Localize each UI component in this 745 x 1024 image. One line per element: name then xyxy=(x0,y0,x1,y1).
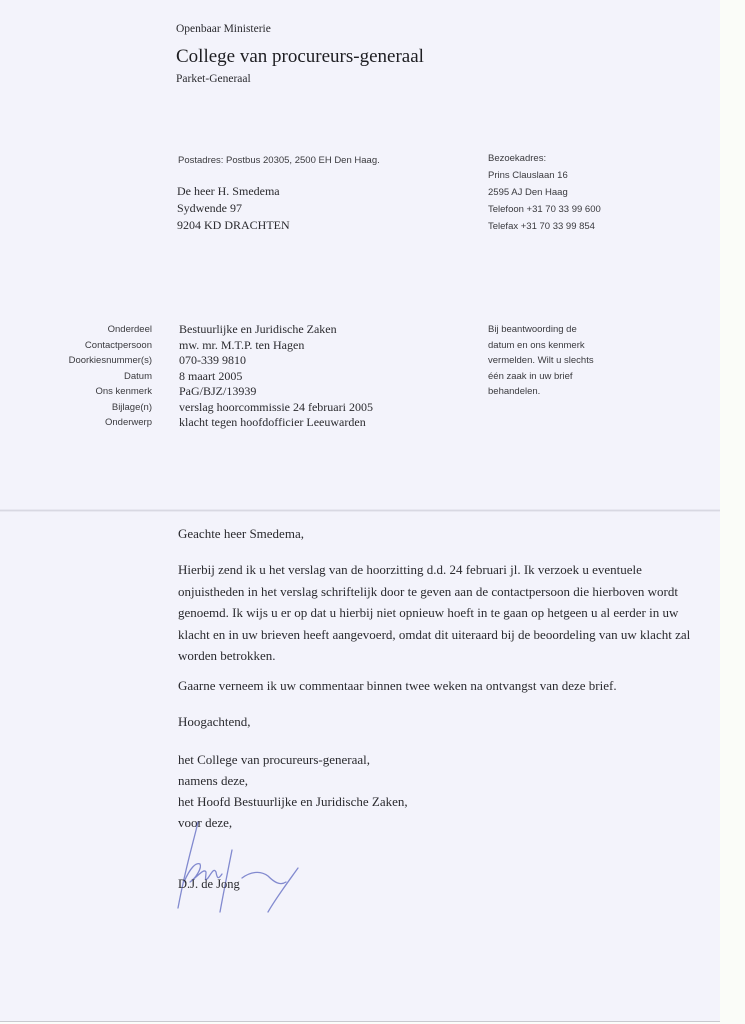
visiting-address-line: Bezoekadres: xyxy=(488,150,601,167)
signature-block-line: het Hoofd Bestuurlijke en Juridische Zak… xyxy=(178,791,408,812)
visiting-address-line: Prins Clauslaan 16 xyxy=(488,167,601,184)
direct-number-value: 070-339 9810 xyxy=(179,353,373,369)
fax-number: Telefax +31 70 33 99 854 xyxy=(488,218,601,235)
metadata-values: Bestuurlijke en Juridische Zaken mw. mr.… xyxy=(179,322,373,431)
organization-name: Openbaar Ministerie xyxy=(176,23,271,35)
metadata-label: Ons kenmerk xyxy=(44,384,152,400)
department-name: Parket-Generaal xyxy=(176,73,251,85)
visiting-address-line: 2595 AJ Den Haag xyxy=(488,184,601,201)
date-value: 8 maart 2005 xyxy=(179,369,373,385)
recipient-line: De heer H. Smedema xyxy=(177,183,290,200)
handwritten-signature xyxy=(170,820,370,920)
metadata-label: Contactpersoon xyxy=(44,338,152,354)
metadata-label: Onderwerp xyxy=(44,415,152,431)
visiting-address: Bezoekadres: Prins Clauslaan 16 2595 AJ … xyxy=(488,150,601,235)
attachment-value: verslag hoorcommissie 24 februari 2005 xyxy=(179,400,373,416)
scan-edge xyxy=(720,0,745,1024)
reply-note-line: Bij beantwoording de xyxy=(488,322,594,338)
metadata-label: Bijlage(n) xyxy=(44,400,152,416)
signature-block-line: het College van procureurs-generaal, xyxy=(178,749,408,770)
metadata-label: Onderdeel xyxy=(44,322,152,338)
contact-person-value: mw. mr. M.T.P. ten Hagen xyxy=(179,338,373,354)
reply-note-line: één zaak in uw brief xyxy=(488,369,594,385)
phone-number: Telefoon +31 70 33 99 600 xyxy=(488,201,601,218)
reply-note-line: vermelden. Wilt u slechts xyxy=(488,353,594,369)
reply-note-line: datum en ons kenmerk xyxy=(488,338,594,354)
metadata-label: Doorkiesnummer(s) xyxy=(44,353,152,369)
postal-address: Postadres: Postbus 20305, 2500 EH Den Ha… xyxy=(178,155,380,166)
metadata-label: Datum xyxy=(44,369,152,385)
reply-note: Bij beantwoording de datum en ons kenmer… xyxy=(488,322,594,400)
paper-fold xyxy=(0,509,720,512)
subject-value: klacht tegen hoofdofficier Leeuwarden xyxy=(179,415,373,431)
closing: Hoogachtend, xyxy=(178,711,251,732)
recipient-address: De heer H. Smedema Sydwende 97 9204 KD D… xyxy=(177,183,290,234)
letterhead-title: College van procureurs-generaal xyxy=(176,46,424,68)
signature-block-line: namens deze, xyxy=(178,770,408,791)
metadata-labels: Onderdeel Contactpersoon Doorkiesnummer(… xyxy=(44,322,152,431)
reference-value: PaG/BJZ/13939 xyxy=(179,384,373,400)
recipient-line: Sydwende 97 xyxy=(177,200,290,217)
signer-name: D.J. de Jong xyxy=(178,877,240,892)
body-paragraph: Gaarne verneem ik uw commentaar binnen t… xyxy=(178,675,698,697)
body-paragraph: Hierbij zend ik u het verslag van de hoo… xyxy=(178,559,698,667)
recipient-line: 9204 KD DRACHTEN xyxy=(177,217,290,234)
department-value: Bestuurlijke en Juridische Zaken xyxy=(179,322,373,338)
reply-note-line: behandelen. xyxy=(488,384,594,400)
salutation: Geachte heer Smedema, xyxy=(178,523,698,545)
